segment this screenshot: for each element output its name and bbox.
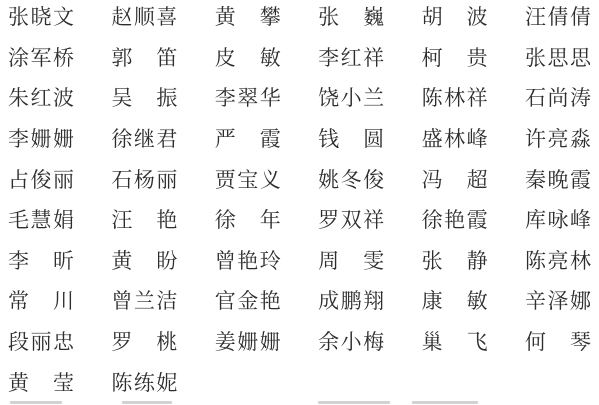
name-cell: 库咏峰 <box>525 210 599 232</box>
person-name: 李翠华 <box>215 88 281 109</box>
person-name: 石尚涛 <box>525 88 591 109</box>
name-cell: 徐年 <box>215 210 318 232</box>
name-cell: 贾宝义 <box>215 170 318 192</box>
clipped-name-fragment <box>318 401 390 404</box>
name-cell: 李姗姗 <box>8 129 111 151</box>
name-cell: 巢飞 <box>422 332 525 354</box>
person-name: 李姗姗 <box>8 129 74 150</box>
name-cell: 赵顺喜 <box>111 7 214 29</box>
name-cell: 许亮淼 <box>525 129 599 151</box>
person-name: 罗桃 <box>111 332 177 353</box>
person-name: 何琴 <box>525 332 591 353</box>
name-cell: 严霞 <box>215 129 318 151</box>
person-name: 陈练妮 <box>111 373 177 394</box>
name-grid: 张晓文赵顺喜黄攀张巍胡波汪倩倩涂军桥郭笛皮敏李红祥柯贵张思思朱红波吴振李翠华饶小… <box>0 0 599 404</box>
person-name: 姜姗姗 <box>215 332 281 353</box>
person-name: 黄盼 <box>111 251 177 272</box>
name-cell: 姜姗姗 <box>215 332 318 354</box>
name-cell: 余小梅 <box>318 332 421 354</box>
person-name: 冯超 <box>422 170 488 191</box>
name-cell: 秦晚霞 <box>525 170 599 192</box>
name-cell: 李昕 <box>8 251 111 273</box>
person-name: 黄攀 <box>215 7 281 28</box>
person-name: 康敏 <box>422 291 488 312</box>
person-name: 陈亮林 <box>525 251 591 272</box>
name-cell: 陈练妮 <box>111 373 214 395</box>
name-cell: 黄莹 <box>8 373 111 395</box>
person-name: 朱红波 <box>8 88 74 109</box>
person-name: 常川 <box>8 291 74 312</box>
name-cell: 李红祥 <box>318 48 421 70</box>
name-cell: 张思思 <box>525 48 599 70</box>
person-name: 张思思 <box>525 48 591 69</box>
person-name: 巢飞 <box>422 332 488 353</box>
name-row: 李姗姗徐继君严霞钱圆盛林峰许亮淼 <box>0 120 599 161</box>
name-cell: 朱红波 <box>8 88 111 110</box>
name-cell: 盛林峰 <box>422 129 525 151</box>
person-name: 曾艳玲 <box>215 251 281 272</box>
person-name: 成鹏翔 <box>318 291 384 312</box>
name-row: 常川曾兰洁官金艳成鹏翔康敏辛泽娜 <box>0 282 599 323</box>
name-cell: 钱圆 <box>318 129 421 151</box>
name-cell: 占俊丽 <box>8 170 111 192</box>
person-name: 罗双祥 <box>318 210 384 231</box>
name-cell: 汪倩倩 <box>525 7 599 29</box>
person-name: 贾宝义 <box>215 170 281 191</box>
name-cell: 李翠华 <box>215 88 318 110</box>
name-cell: 涂军桥 <box>8 48 111 70</box>
name-cell: 何琴 <box>525 332 599 354</box>
person-name: 石杨丽 <box>111 170 177 191</box>
name-cell: 毛慧娟 <box>8 210 111 232</box>
name-cell: 石杨丽 <box>111 170 214 192</box>
name-row: 朱红波吴振李翠华饶小兰陈林祥石尚涛 <box>0 79 599 120</box>
person-name: 段丽忠 <box>8 332 74 353</box>
name-cell: 柯贵 <box>422 48 525 70</box>
clipped-name-fragment <box>412 401 478 404</box>
name-cell: 周雯 <box>318 251 421 273</box>
name-row: 黄莹陈练妮 <box>0 363 599 404</box>
person-name: 涂军桥 <box>8 48 74 69</box>
name-cell: 郭笛 <box>111 48 214 70</box>
name-row: 毛慧娟汪艳徐年罗双祥徐艳霞库咏峰 <box>0 201 599 242</box>
name-cell: 姚冬俊 <box>318 170 421 192</box>
name-row: 占俊丽石杨丽贾宝义姚冬俊冯超秦晚霞 <box>0 160 599 201</box>
name-cell: 黄盼 <box>111 251 214 273</box>
name-cell: 汪艳 <box>111 210 214 232</box>
name-row: 段丽忠罗桃姜姗姗余小梅巢飞何琴 <box>0 323 599 364</box>
person-name: 毛慧娟 <box>8 210 74 231</box>
name-cell: 徐艳霞 <box>422 210 525 232</box>
name-cell: 段丽忠 <box>8 332 111 354</box>
person-name: 秦晚霞 <box>525 170 591 191</box>
person-name: 饶小兰 <box>318 88 384 109</box>
name-cell: 康敏 <box>422 291 525 313</box>
person-name: 陈林祥 <box>422 88 488 109</box>
person-name: 辛泽娜 <box>525 291 591 312</box>
person-name: 曾兰洁 <box>111 291 177 312</box>
person-name: 郭笛 <box>111 48 177 69</box>
person-name: 姚冬俊 <box>318 170 384 191</box>
person-name: 赵顺喜 <box>111 7 177 28</box>
person-name: 许亮淼 <box>525 129 591 150</box>
name-cell: 罗双祥 <box>318 210 421 232</box>
name-cell: 辛泽娜 <box>525 291 599 313</box>
person-name: 李昕 <box>8 251 74 272</box>
person-name: 徐继君 <box>111 129 177 150</box>
person-name: 余小梅 <box>318 332 384 353</box>
name-cell: 吴振 <box>111 88 214 110</box>
name-cell: 官金艳 <box>215 291 318 313</box>
name-cell: 曾艳玲 <box>215 251 318 273</box>
clipped-name-fragment <box>10 401 62 404</box>
name-cell: 张巍 <box>318 7 421 29</box>
name-cell: 陈林祥 <box>422 88 525 110</box>
person-name: 李红祥 <box>318 48 384 69</box>
person-name: 柯贵 <box>422 48 488 69</box>
person-name: 张静 <box>422 251 488 272</box>
name-cell: 罗桃 <box>111 332 214 354</box>
name-cell: 张晓文 <box>8 7 111 29</box>
person-name: 盛林峰 <box>422 129 488 150</box>
name-cell: 黄攀 <box>215 7 318 29</box>
name-row: 涂军桥郭笛皮敏李红祥柯贵张思思 <box>0 39 599 80</box>
person-name: 严霞 <box>215 129 281 150</box>
person-name: 张巍 <box>318 7 384 28</box>
person-name: 钱圆 <box>318 129 384 150</box>
person-name: 汪艳 <box>111 210 177 231</box>
name-cell: 曾兰洁 <box>111 291 214 313</box>
person-name: 占俊丽 <box>8 170 74 191</box>
person-name: 官金艳 <box>215 291 281 312</box>
name-row: 张晓文赵顺喜黄攀张巍胡波汪倩倩 <box>0 0 599 39</box>
person-name: 张晓文 <box>8 7 74 28</box>
name-cell: 饶小兰 <box>318 88 421 110</box>
name-cell: 胡波 <box>422 7 525 29</box>
name-cell: 冯超 <box>422 170 525 192</box>
person-name: 胡波 <box>422 7 488 28</box>
name-cell: 徐继君 <box>111 129 214 151</box>
person-name: 汪倩倩 <box>525 7 591 28</box>
name-row: 李昕黄盼曾艳玲周雯张静陈亮林 <box>0 242 599 283</box>
person-name: 库咏峰 <box>525 210 591 231</box>
name-cell: 皮敏 <box>215 48 318 70</box>
person-name: 吴振 <box>111 88 177 109</box>
names-document: 张晓文赵顺喜黄攀张巍胡波汪倩倩涂军桥郭笛皮敏李红祥柯贵张思思朱红波吴振李翠华饶小… <box>0 0 599 405</box>
person-name: 周雯 <box>318 251 384 272</box>
name-cell: 常川 <box>8 291 111 313</box>
person-name: 黄莹 <box>8 373 74 394</box>
name-cell: 成鹏翔 <box>318 291 421 313</box>
name-cell: 石尚涛 <box>525 88 599 110</box>
clipped-next-row <box>0 401 599 405</box>
name-cell: 张静 <box>422 251 525 273</box>
person-name: 徐年 <box>215 210 281 231</box>
person-name: 皮敏 <box>215 48 281 69</box>
name-cell: 陈亮林 <box>525 251 599 273</box>
person-name: 徐艳霞 <box>422 210 488 231</box>
clipped-name-fragment <box>122 401 172 404</box>
